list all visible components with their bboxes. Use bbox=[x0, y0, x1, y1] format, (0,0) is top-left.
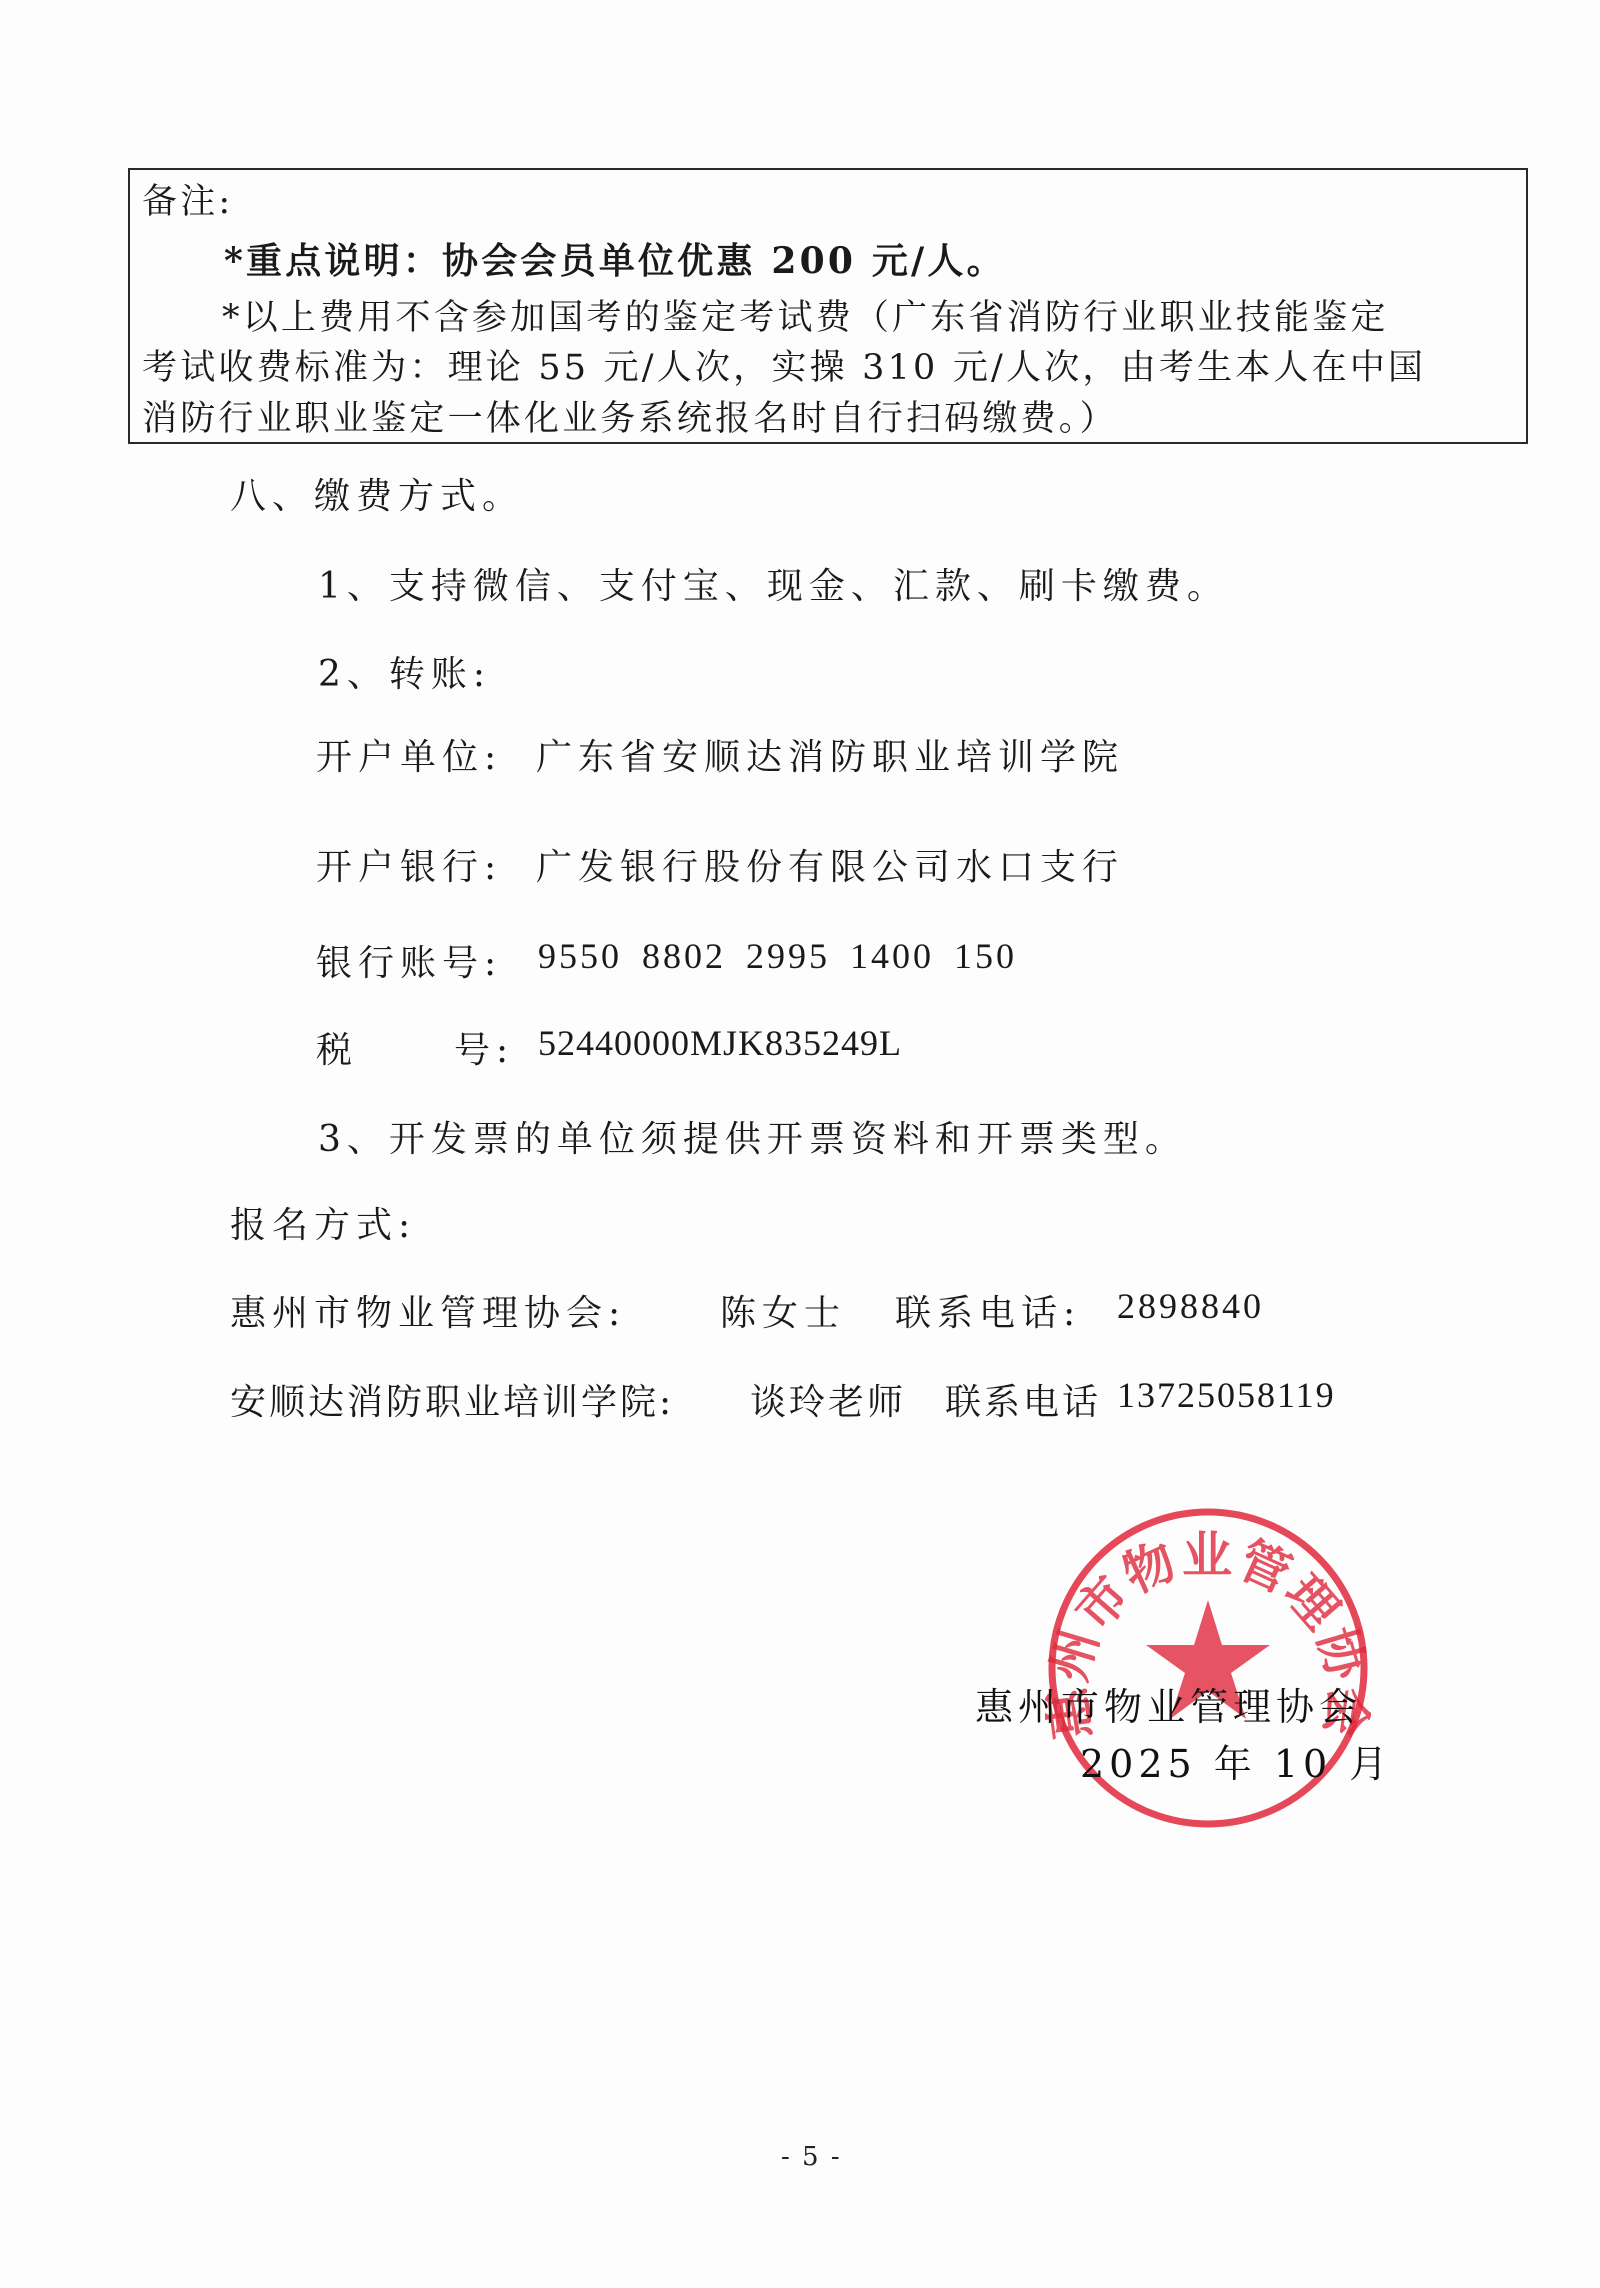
key-note: *重点说明：协会会员单位优惠 200 元/人。 bbox=[224, 233, 1006, 284]
account-unit-value: 广东省安顺达消防职业培训学院 bbox=[536, 729, 1124, 780]
payment-method-1: 1、支持微信、支付宝、现金、汇款、刷卡缴费。 bbox=[318, 558, 1229, 609]
contact-2-person: 谈玲老师 bbox=[750, 1374, 906, 1425]
registration-title: 报名方式: bbox=[230, 1197, 416, 1248]
account-number-label: 银行账号: bbox=[316, 935, 502, 986]
bank-value: 广发银行股份有限公司水口支行 bbox=[536, 839, 1124, 890]
contact-1-person: 陈女士 bbox=[720, 1285, 846, 1336]
contact-2-org: 安顺达消防职业培训学院: bbox=[230, 1374, 674, 1425]
notes-title: 备注: bbox=[142, 174, 233, 224]
signature-org: 惠州市物业管理协会 bbox=[975, 1676, 1362, 1731]
contact-1-phone: 2898840 bbox=[1117, 1285, 1264, 1327]
contact-2-phone-label: 联系电话 bbox=[945, 1374, 1101, 1425]
bank-label: 开户银行: bbox=[316, 839, 502, 890]
account-number-value: 9550 8802 2995 1400 150 bbox=[538, 935, 1017, 977]
payment-method-2: 2、转账: bbox=[318, 646, 491, 697]
tax-number-value: 52440000MJK835249L bbox=[538, 1022, 902, 1064]
fee-note-line-2: 考试收费标准为：理论 55 元/人次，实操 310 元/人次，由考生本人在中国 bbox=[142, 340, 1426, 390]
page-number: - 5 - bbox=[781, 2142, 842, 2172]
contact-1-org: 惠州市物业管理协会: bbox=[230, 1285, 626, 1336]
contact-1-phone-label: 联系电话: bbox=[895, 1285, 1081, 1336]
fee-note-line-3: 消防行业职业鉴定一体化业务系统报名时自行扫码缴费。） bbox=[142, 391, 1118, 441]
tax-label-first: 税 bbox=[316, 1022, 358, 1073]
account-unit-label: 开户单位: bbox=[316, 729, 502, 780]
payment-section-title: 八、缴费方式。 bbox=[230, 468, 524, 519]
tax-label-second: 号: bbox=[454, 1022, 514, 1073]
fee-note-line-1: *以上费用不含参加国考的鉴定考试费（广东省消防行业职业技能鉴定 bbox=[222, 290, 1389, 340]
contact-2-phone: 13725058119 bbox=[1117, 1374, 1336, 1416]
payment-method-3: 3、开发票的单位须提供开票资料和开票类型。 bbox=[318, 1111, 1187, 1162]
signature-date: 2025 年 10 月 bbox=[1080, 1733, 1392, 1788]
